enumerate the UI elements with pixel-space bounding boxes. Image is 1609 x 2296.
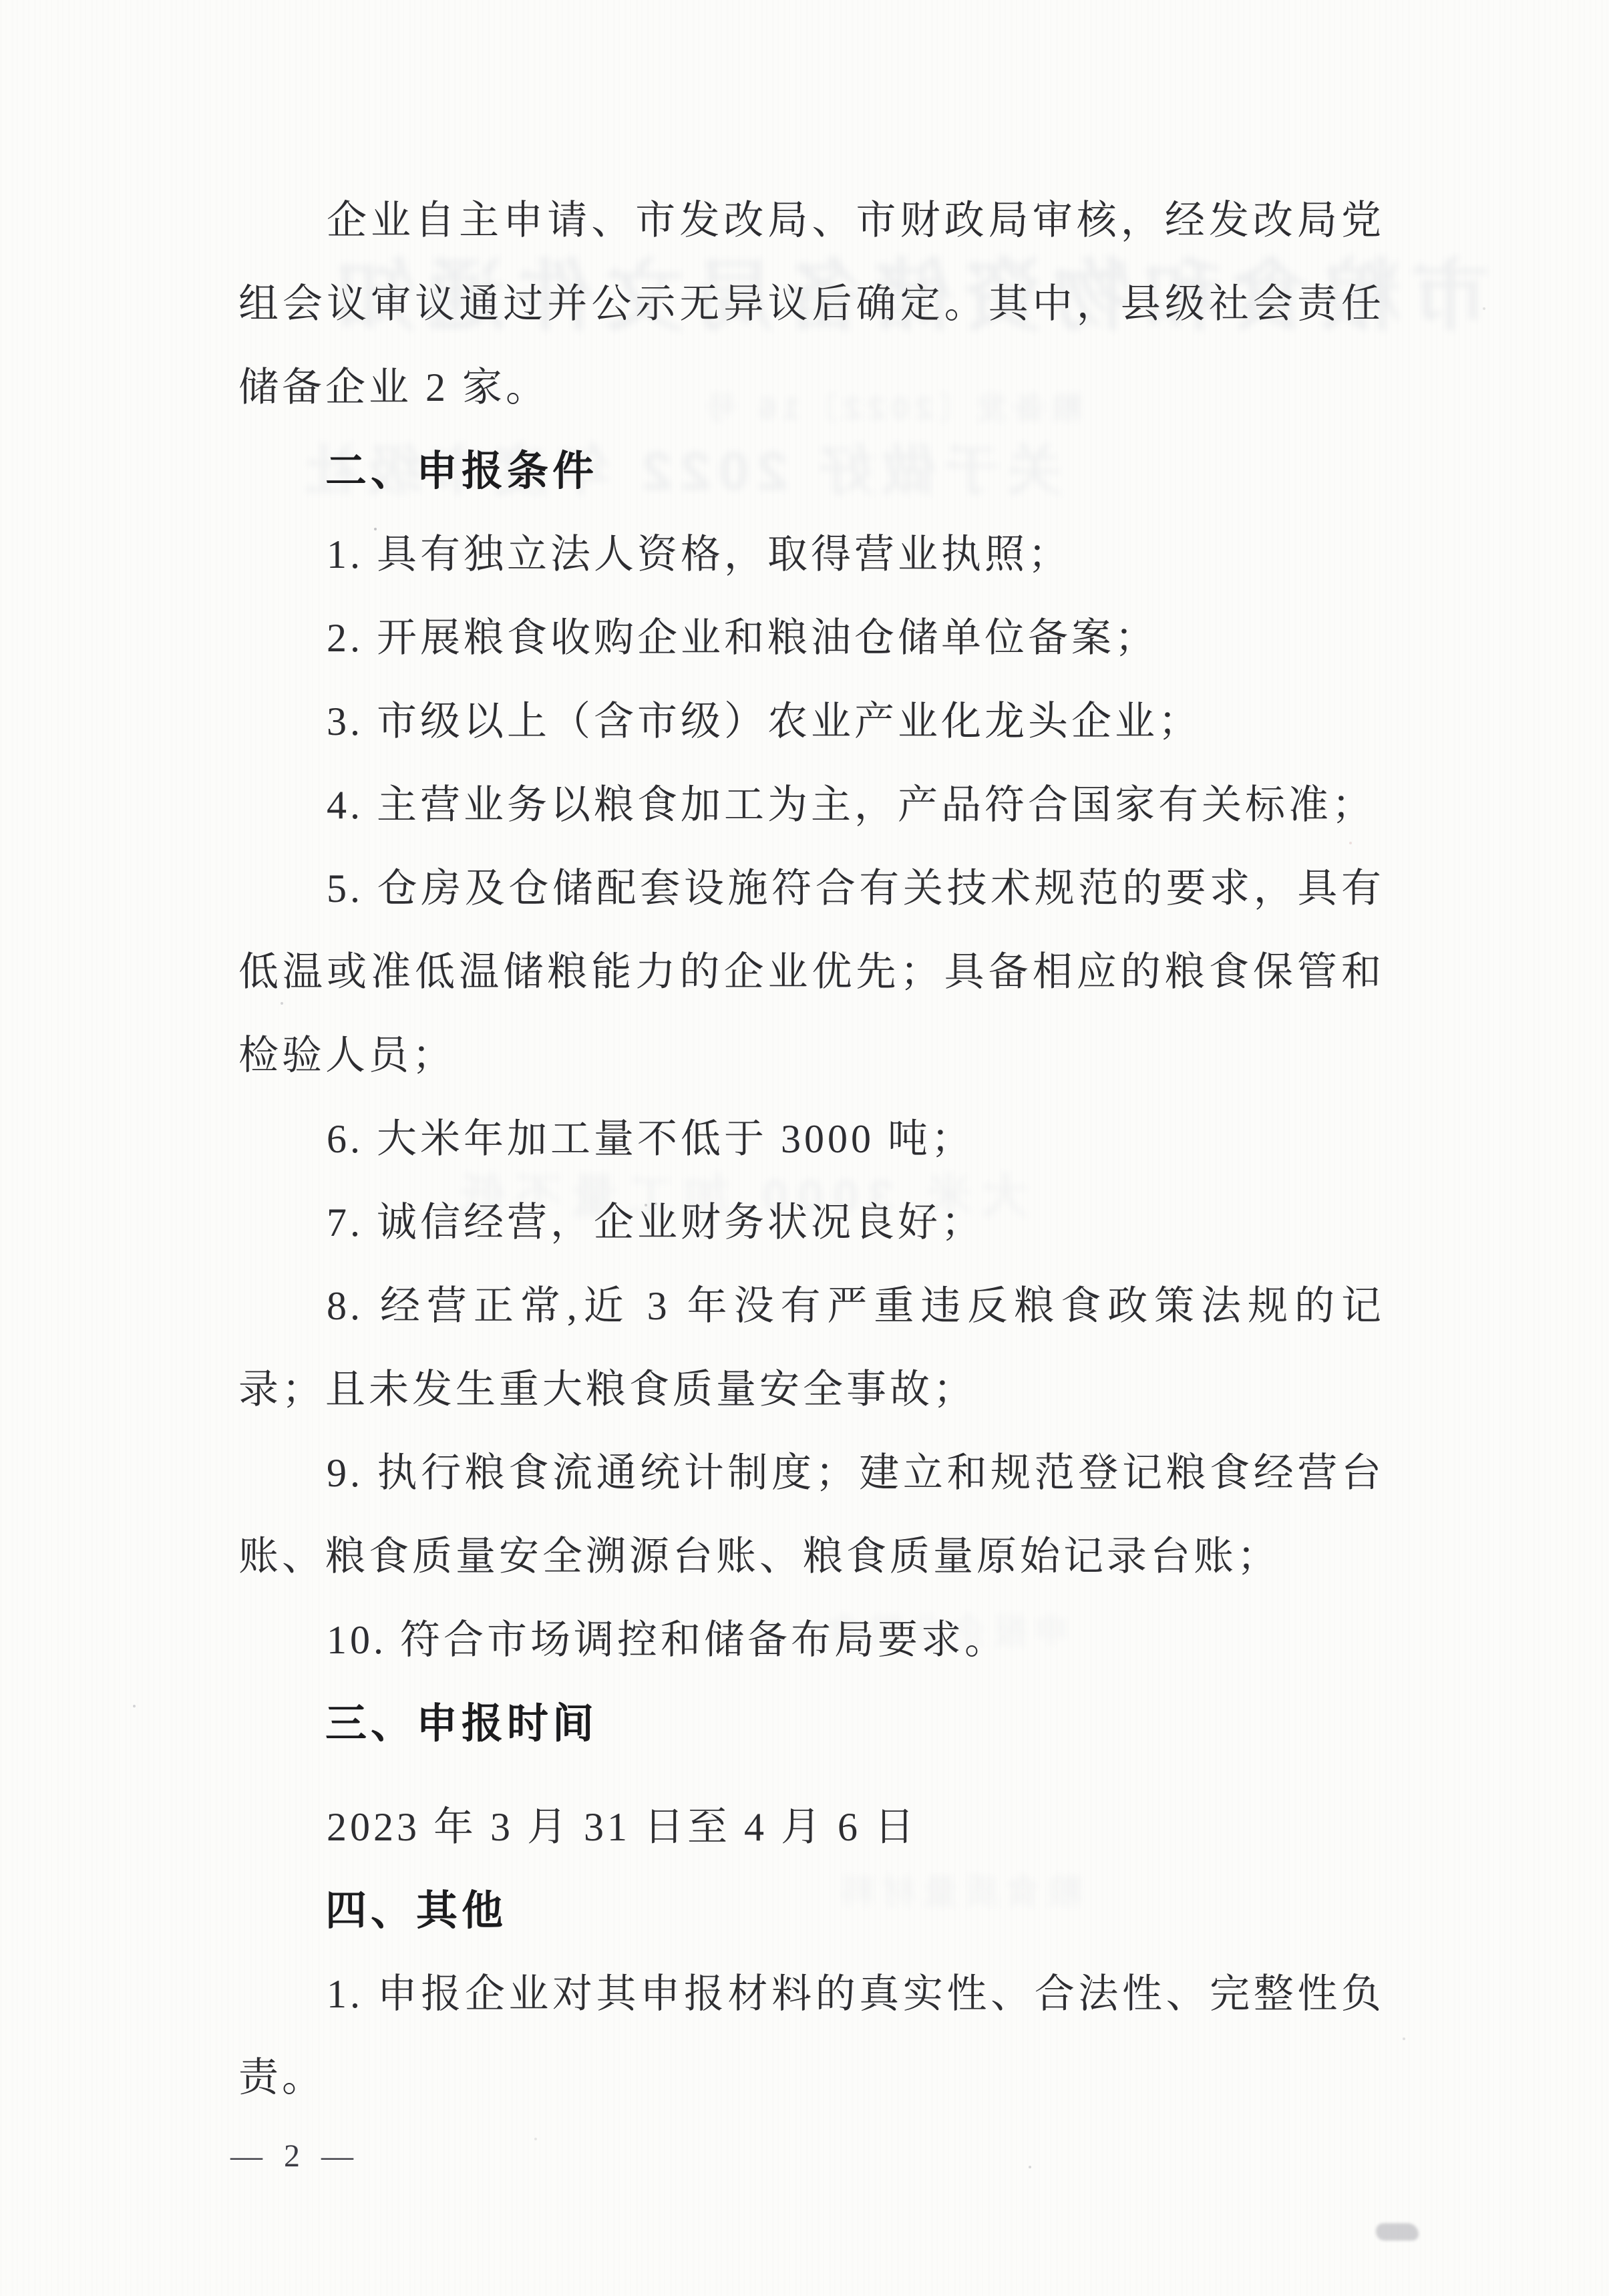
condition-item-3: 3. 市级以上（含市级）农业产业化龙头企业； [238, 680, 1385, 764]
scanned-document-page: { "document": { "intro": "企业自主申请、市发改局、市财… [0, 0, 1609, 2296]
condition-item-10: 10. 符合市场调控和储备布局要求。 [238, 1599, 1385, 1682]
page-number: — 2 — [230, 2138, 360, 2174]
condition-item-1: 1. 具有独立法人资格，取得营业执照； [238, 513, 1385, 597]
condition-item-5: 5. 仓房及仓储配套设施符合有关技术规范的要求，具有低温或准低温储粮能力的企业优… [238, 847, 1385, 1098]
section2-heading: 二、申报条件 [238, 430, 1385, 513]
condition-item-7: 7. 诚信经营，企业财务状况良好； [238, 1181, 1385, 1265]
condition-item-4: 4. 主营业务以粮食加工为主，产品符合国家有关标准； [238, 764, 1385, 847]
application-date-line: 2023 年 3 月 31 日至 4 月 6 日 [238, 1786, 1385, 1869]
scan-smudge-artifact [1376, 2223, 1419, 2241]
condition-item-9: 9. 执行粮食流通统计制度；建立和规范登记粮食经营台账、粮食质量安全溯源台账、粮… [238, 1432, 1385, 1599]
condition-item-2: 2. 开展粮食收购企业和粮油仓储单位备案； [238, 597, 1385, 680]
condition-item-8: 8. 经营正常,近 3 年没有严重违反粮食政策法规的记录；且未发生重大粮食质量安… [238, 1265, 1385, 1432]
section4-heading: 四、其他 [238, 1869, 1385, 1953]
other-item-1: 1. 申报企业对其申报材料的真实性、合法性、完整性负责。 [238, 1953, 1385, 2120]
section3-heading: 三、申报时间 [238, 1682, 1385, 1766]
condition-item-6: 6. 大米年加工量不低于 3000 吨； [238, 1098, 1385, 1181]
document-body: 企业自主申请、市发改局、市财政局审核，经发改局党组会议审议通过并公示无异议后确定… [238, 179, 1385, 2120]
intro-paragraph: 企业自主申请、市发改局、市财政局审核，经发改局党组会议审议通过并公示无异议后确定… [238, 179, 1385, 430]
